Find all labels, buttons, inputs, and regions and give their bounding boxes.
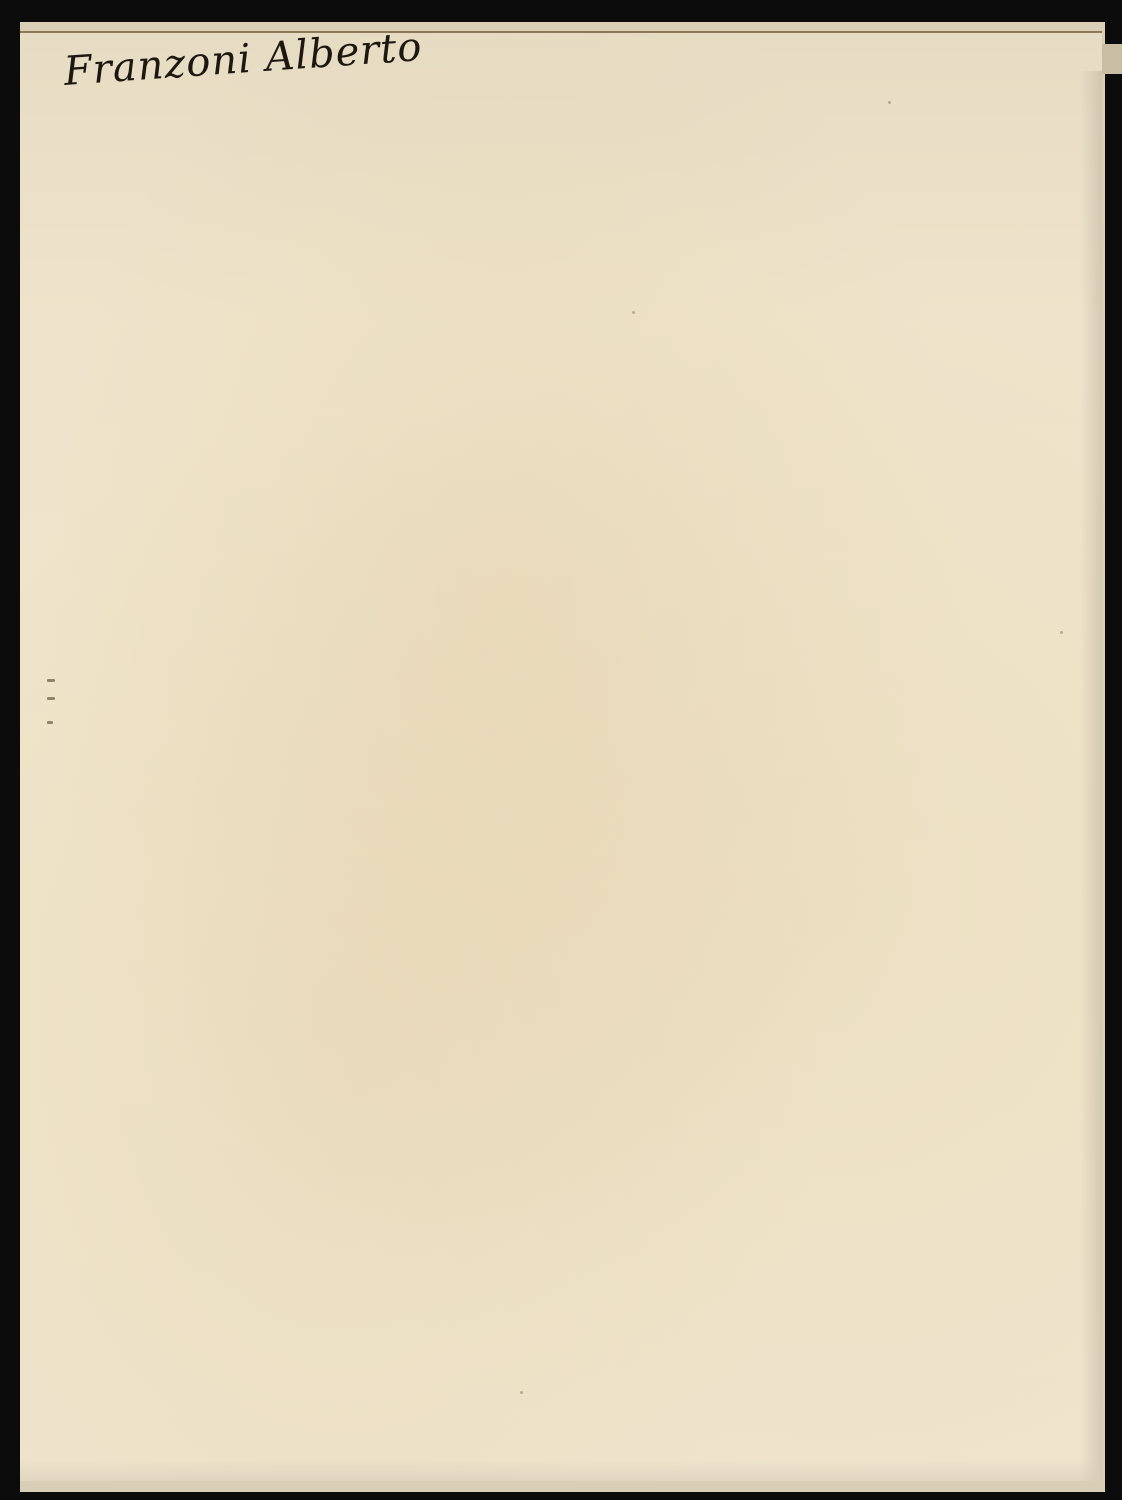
scan-background: Franzoni Alberto — [0, 0, 1122, 1500]
paper-speck — [888, 101, 891, 104]
page-bottom-edge — [20, 1459, 1102, 1481]
binding-hole-mark — [47, 697, 55, 700]
document-page: Franzoni Alberto — [20, 31, 1102, 1481]
page-right-edge — [1080, 71, 1102, 1481]
paper-speck — [1060, 631, 1063, 634]
binding-hole-mark — [47, 721, 53, 724]
binding-hole-mark — [47, 679, 55, 682]
paper-speck — [520, 1391, 523, 1394]
paper-speck — [632, 311, 635, 314]
handwritten-name: Franzoni Alberto — [62, 24, 423, 95]
